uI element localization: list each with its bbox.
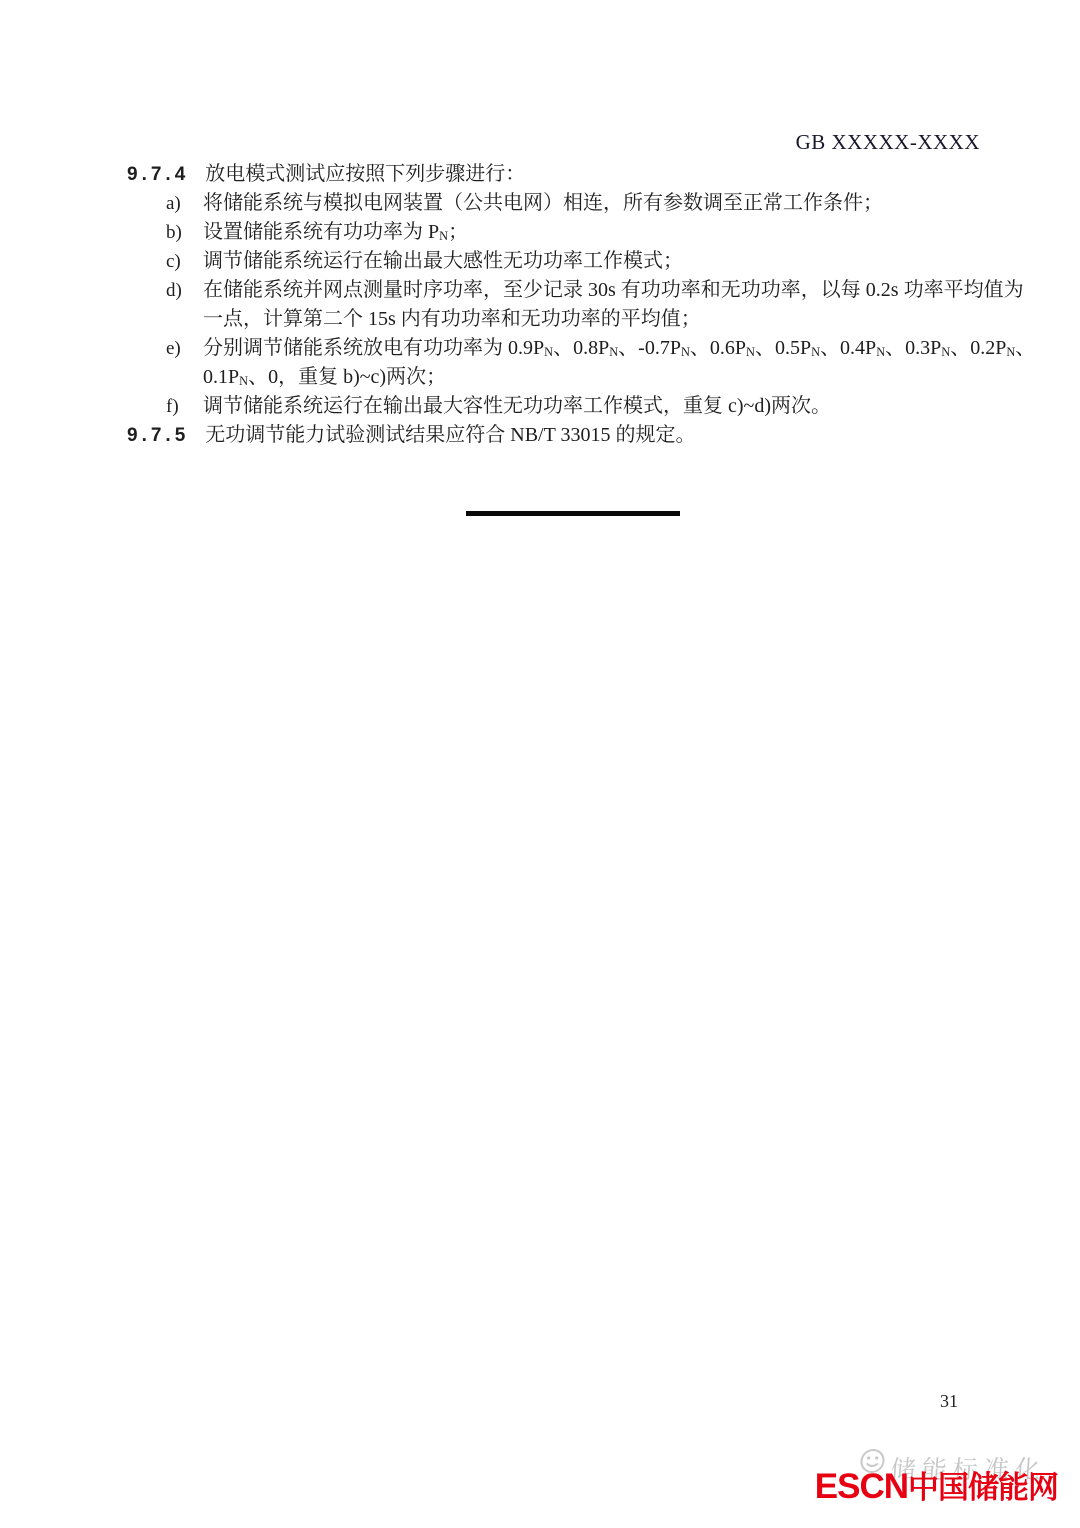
list-item-e: e) 分别调节储能系统放电有功功率为 0.9PN、0.8PN、-0.7PN、0.…	[127, 334, 1080, 392]
list-item-d: d) 在储能系统并网点测量时序功率，至少记录 30s 有功功率和无功功率，以每 …	[127, 276, 1080, 334]
list-item-text: 调节储能系统运行在输出最大容性无功功率工作模式，重复 c)~d)两次。	[203, 392, 831, 421]
standard-number: GB XXXXX-XXXX	[796, 130, 980, 154]
clause-text: 无功调节能力试验测试结果应符合 NB/T 33015 的规定。	[205, 421, 695, 450]
clause-9-7-5: 9.7.5 无功调节能力试验测试结果应符合 NB/T 33015 的规定。	[127, 421, 1080, 450]
list-item-label: f)	[166, 392, 203, 421]
document-body: 9.7.4 放电模式测试应按照下列步骤进行： a) 将储能系统与模拟电网装置（公…	[127, 160, 1080, 450]
list-item-c: c) 调节储能系统运行在输出最大感性无功功率工作模式；	[127, 247, 1080, 276]
escn-logo: ESCN中国储能网	[815, 1462, 1058, 1507]
list-item-text: 在储能系统并网点测量时序功率，至少记录 30s 有功功率和无功功率，以每 0.2…	[203, 276, 1024, 334]
list-item-label: a)	[166, 189, 203, 218]
page-header: GB XXXXX-XXXX	[796, 130, 980, 155]
list-item-a: a) 将储能系统与模拟电网装置（公共电网）相连，所有参数调至正常工作条件；	[127, 189, 1080, 218]
list-item-label: b)	[166, 218, 203, 247]
page-number: 31	[940, 1391, 958, 1412]
end-of-document-line	[466, 511, 680, 516]
list-item-text: 设置储能系统有功功率为 PN；	[203, 218, 468, 247]
brand-footer: 储能标准化 ESCN中国储能网	[800, 1446, 1060, 1516]
list-item-label: d)	[166, 276, 203, 305]
list-item-text: 将储能系统与模拟电网装置（公共电网）相连，所有参数调至正常工作条件；	[203, 189, 883, 218]
list-item-text: 调节储能系统运行在输出最大感性无功功率工作模式；	[203, 247, 683, 276]
clause-number: 9.7.4	[127, 160, 189, 189]
escn-logo-latin: ESCN	[815, 1467, 908, 1506]
list-item-label: e)	[166, 334, 203, 363]
document-page: GB XXXXX-XXXX 9.7.4 放电模式测试应按照下列步骤进行： a) …	[0, 0, 1080, 1528]
clause-9-7-4: 9.7.4 放电模式测试应按照下列步骤进行：	[127, 160, 1080, 189]
list-item-b: b) 设置储能系统有功功率为 PN；	[127, 218, 1080, 247]
escn-logo-chinese: 中国储能网	[908, 1470, 1058, 1505]
clause-text: 放电模式测试应按照下列步骤进行：	[205, 160, 525, 189]
list-item-text: 分别调节储能系统放电有功功率为 0.9PN、0.8PN、-0.7PN、0.6PN…	[203, 334, 1035, 392]
clause-number: 9.7.5	[127, 421, 189, 450]
list-item-label: c)	[166, 247, 203, 276]
list-item-f: f) 调节储能系统运行在输出最大容性无功功率工作模式，重复 c)~d)两次。	[127, 392, 1080, 421]
